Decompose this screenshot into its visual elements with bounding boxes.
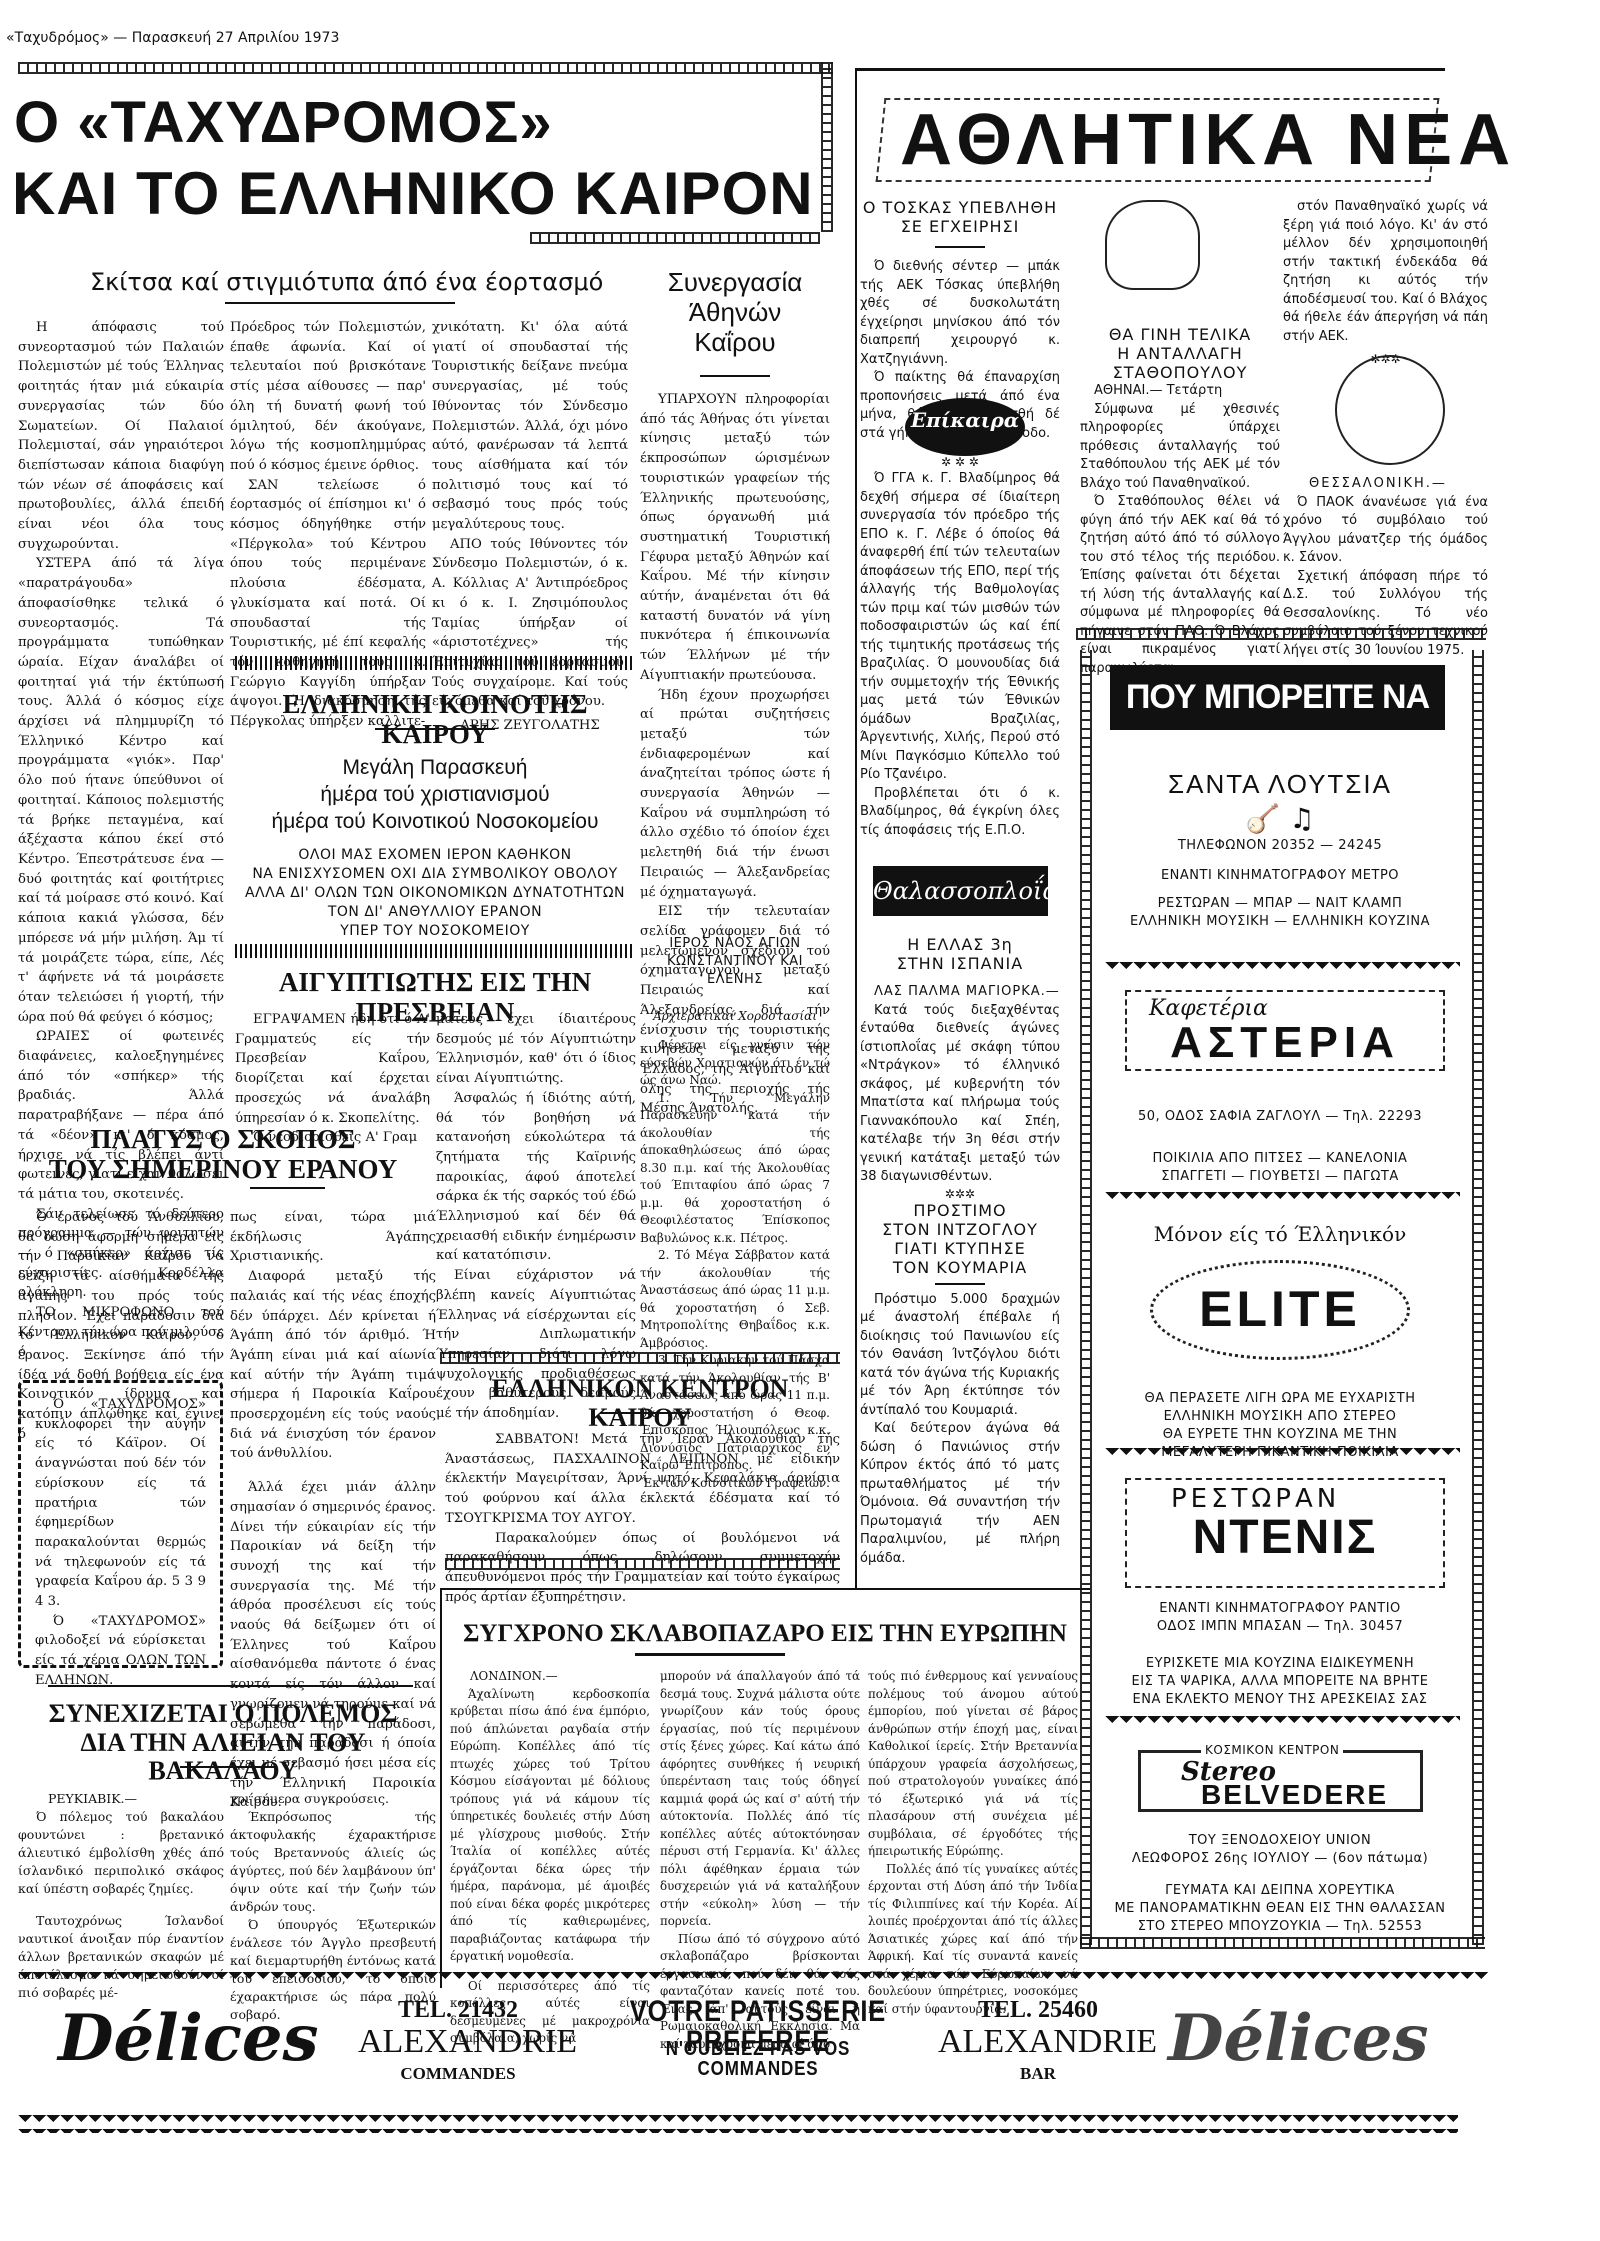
cod-war-col2: χρι σήμερα συγκρούσεις. Έκπρόσωπος τής ά…: [230, 1790, 436, 2024]
dateline: ΡΕΥΚΙΑΒΙΚ.—: [18, 1790, 224, 1808]
hatch-border: [235, 944, 635, 958]
ntenis-ad[interactable]: ΡΕΣΤΩΡΑΝ ΝΤΕΝΙΣ: [1125, 1478, 1445, 1588]
masthead-line2: ΚΑΙ ΤΟ ΕΛΛΗΝΙΚΟ ΚΑΙΡΟΝ: [12, 164, 814, 224]
ad-line: ΛΕΩΦΟΡΟΣ 26ης ΙΟΥΛΙΟΥ — (6ον πάτωμα): [1095, 1850, 1465, 1868]
ad-line: ΣΤΟ ΣΤΕΡΕΟ ΜΠΟΥΖΟΥΚΙΑ — Τηλ. 52553: [1095, 1918, 1465, 1936]
headline-line: ΘΑ ΓΙΝΗ ΤΕΛΙΚΑ: [1080, 325, 1280, 344]
slave-market-col1: ΛΟΝΔΙΝΟΝ.— Άχαλίνωτη κερδοσκοπία κρύβετα…: [450, 1668, 650, 2048]
column-rule: [440, 1588, 442, 1988]
sketches-headline: Σκίτσα καί στιγμιότυπα άπό ένα έορτασμό: [90, 268, 603, 296]
restaurant-headline: ΕΛΛΗΝΙΚΟΝ ΚΕΝΤΡΟΝ ΚΑΙΡΟΥ: [440, 1375, 840, 1432]
meander-border: [440, 1352, 840, 1364]
paragraph: Κατά τούς διεξαχθέντας ένταύθα διεθνείς …: [860, 1002, 1060, 1187]
headline-line: ΣΤΑΘΟΠΟΥΛΟΥ: [1080, 363, 1280, 382]
dateline: ΛΟΝΔΙΝΟΝ.—: [450, 1668, 650, 1686]
church-heading: ΙΕΡΟΣ ΝΑΟΣ ΑΓΙΩΝ: [640, 935, 830, 953]
caps-line: ΟΛΟΙ ΜΑΣ ΕΧΟΜΕΝ ΙΕΡΟΝ ΚΑΘΗΚΟΝ: [235, 846, 635, 865]
cooperation-headline: Συνεργασία Άθηνών Καΐρου: [640, 268, 830, 358]
sketches-col3: χνικότατη. Κι' όλα αύτά γιατί οί σπουδασ…: [432, 318, 628, 736]
headline-underline: [935, 1283, 985, 1285]
boxed-notice: Ό «ΤΑΧΥΔΡΟΜΟΣ» κυκλοφορεί τήν αύγήν είς …: [18, 1380, 223, 1668]
ad-line: ΕΥΡΙΣΚΕΤΕ ΜΙΑ ΚΟΥΖΙΝΑ ΕΙΔΙΚΕΥΜΕΝΗ: [1095, 1655, 1465, 1673]
paragraph: ΑΠΟ τούς Ιθύνοντες τόν Σύνδεσμο Πολεμιστ…: [432, 535, 628, 712]
paragraph: Πρόεδρος τών Πολεμιστών, έπαθε άφωνία. Κ…: [230, 318, 426, 476]
paragraph: Διαφορά μεταξύ τής παλαιάς καί τής νέας …: [230, 1267, 436, 1464]
epikaira-logo: Επίκαιρα: [905, 398, 1025, 456]
caps-line: ΑΛΛΑ ΔΙ' ΟΛΩΝ ΤΩΝ ΟΙΚΟΝΟΜΙΚΩΝ ΔΥΝΑΤΟΤΗΤΩ…: [235, 884, 635, 903]
headline-line: ΤΟΥ ΣΗΜΕΡΙΝΟΥ ΕΡΑΝΟΥ: [18, 1155, 428, 1185]
brand-logo-right: Délices: [1168, 2001, 1429, 2076]
caps-line: ΤΟΝ ΔΙ' ΑΝΘΥΛΛΙΟΥ ΕΡΑΝΟΝ: [235, 903, 635, 922]
church-subheading: Άρχιερατικαί Χοροστασίαι: [640, 1009, 830, 1023]
headline-underline: [935, 246, 985, 248]
headline-line: ΠΛΑΤΥΣ Ο ΣΚΟΠΟΣ: [18, 1125, 428, 1155]
paragraph: ΣΑΒΒΑΤΟΝ! Μετά τήν Ίεράν Άκολουθίαν τής …: [445, 1430, 840, 1529]
ad-phone: ΤΗΛΕΦΩΝΟΝ 20352 — 24245: [1095, 837, 1465, 855]
paragraph: τούς πιό ένθερμους καί γενναίους πολέμου…: [868, 1668, 1078, 1861]
paragraph: χνικότατη. Κι' όλα αύτά γιατί οί σπουδασ…: [432, 318, 628, 535]
caps-line: ΝΑ ΕΝΙΣΧΥΣΟΜΕΝ ΟΧΙ ΔΙΑ ΣΥΜΒΟΛΙΚΟΥ ΟΒΟΛΟΥ: [235, 865, 635, 884]
headline-underline: [180, 1766, 275, 1768]
stathopoulos-article: ΘΑ ΓΙΝΗ ΤΕΛΙΚΑ Η ΑΝΤΑΛΛΑΓΗ ΣΤΑΘΟΠΟΥΛΟΥ Α…: [1080, 325, 1280, 678]
right-tel: TEL. 25460: [938, 1997, 1138, 2023]
ad-line: ΕΝΑΝΤΙ ΚΙΝΗΜΑΤΟΓΡΑΦΟΥ ΡΑΝΤΙΟ: [1095, 1600, 1465, 1618]
ad-line: ΕΙΣ ΤΑ ΨΑΡΙΚΑ, ΑΛΛΑ ΜΠΟΡΕΙΤΕ ΝΑ ΒΡΗΤΕ: [1095, 1673, 1465, 1691]
headline-underline: [700, 375, 770, 377]
meander-border-top: [18, 62, 833, 74]
meander-border-right: [821, 62, 833, 232]
brand-logo-left: Délices: [58, 2001, 319, 2076]
headline-line: Η ΕΛΛΑΣ 3η: [860, 935, 1060, 954]
community-line1: Μεγάλη Παρασκευή: [235, 756, 635, 780]
paragraph: Ταυτοχρόνως Ίσλανδοί ναυτικοί άνοιξαν πύ…: [18, 1912, 224, 2002]
paragraph: Πρόστιμο 5.000 δραχμών μέ άναστολή έπέβα…: [860, 1291, 1060, 1421]
headline-underline: [225, 302, 455, 304]
ad-line: ΟΔΟΣ ΙΜΠΝ ΜΠΑΣΑΝ — Τηλ. 30457: [1095, 1618, 1465, 1636]
meander-border: [445, 1558, 840, 1570]
sports-banner: ΑΘΛΗΤΙΚΑ ΝΕΑ: [900, 104, 1516, 176]
stathopoulos-continued: στόν Παναθηναϊκό χωρίς νά ξέρη γιά ποιό …: [1283, 198, 1488, 369]
ad-name: ELITE: [1150, 1260, 1410, 1360]
paragraph: Ό Σταθόπουλος θέλει νά φύγη άπό τήν ΑΕΚ …: [1080, 493, 1280, 678]
ad-line: ΘΑ ΕΥΡΕΤΕ ΤΗΝ ΚΟΥΖΙΝΑ ΜΕ ΤΗΝ: [1095, 1426, 1465, 1444]
ntenis-location: ΕΝΑΝΤΙ ΚΙΝΗΜΑΤΟΓΡΑΦΟΥ ΡΑΝΤΙΟ ΟΔΟΣ ΙΜΠΝ Μ…: [1095, 1600, 1465, 1636]
hatch-border: [235, 656, 635, 670]
paragraph: χρι σήμερα συγκρούσεις.: [230, 1790, 436, 1808]
headline-line: ΣΤΗΝ ΙΣΠΑΝΙΑ: [860, 954, 1060, 973]
ad-line: ΤΟΥ ΞΕΝΟΔΟΧΕΙΟΥ UNION: [1095, 1832, 1465, 1850]
paragraph: ΕΓΡΑΨΑΜΕΝ ήδη ότι ό Α' Γραμματεύς είς τή…: [235, 1010, 430, 1128]
headline-line: ΠΡΟΣΤΙΜΟ: [860, 1201, 1060, 1220]
belvedere-lines: ΤΟΥ ΞΕΝΟΔΟΧΕΙΟΥ UNION ΛΕΩΦΟΡΟΣ 26ης ΙΟΥΛ…: [1095, 1832, 1465, 1936]
paragraph: Άσφαλώς ή ίδιότης αύτή, θά τόν βοηθήση ν…: [436, 1089, 636, 1266]
cod-war-col1: ΡΕΥΚΙΑΒΙΚ.— Ό πόλεμος τού βακαλάου φουντ…: [18, 1790, 224, 2002]
left-city: ALEXANDRIE: [358, 2023, 558, 2061]
headline-line: ΣΤΟΝ ΙΝΤΖΟΓΛΟΥ: [860, 1220, 1060, 1239]
ntenis-lines: ΕΥΡΙΣΚΕΤΕ ΜΙΑ ΚΟΥΖΙΝΑ ΕΙΔΙΚΕΥΜΕΝΗ ΕΙΣ ΤΑ…: [1095, 1655, 1465, 1709]
headline-line: ΤΟΝ ΚΟΥΜΑΡΙΑ: [860, 1258, 1060, 1277]
paragraph: Φέρεται είς γνώσιν τών εύσεβών Χριστιανώ…: [640, 1037, 830, 1090]
epo-article: Ό ΓΓΑ κ. Γ. Βλαδίμηρος θά δεχθή σήμερα σ…: [860, 470, 1060, 840]
meander-border-right: [1472, 650, 1484, 1945]
santa-lucia-ad[interactable]: ΣΑΝΤΑ ΛΟΥΤΣΙΑ 🪕 ♫ ΤΗΛΕΦΩΝΟΝ 20352 — 2424…: [1095, 770, 1465, 931]
asteria-ad[interactable]: Καφετέρια ΑΣΤΕΡΙΑ: [1125, 990, 1445, 1071]
ad-name: ΝΤΕΝΙΣ: [1131, 1514, 1439, 1562]
headline-underline: [375, 728, 495, 730]
sketches-col1: Η άπόφασις τού συνεορτασμού τών Παλαιών …: [18, 318, 224, 1362]
menu-line: ΣΠΑΓΓΕΤΙ — ΓΙΟΥΒΕΤΣΙ — ΠΑΓΩΤΑ: [1095, 1168, 1465, 1186]
paragraph: Ό διεθνής σέντερ — μπάκ τής ΑΕΚ Τόσκας ύ…: [860, 258, 1060, 369]
paragraph: Προβλέπεται ότι ό κ. Βλαδίμηρος, θά έγκρ…: [860, 785, 1060, 841]
separator: ✲✲✲: [860, 1187, 1060, 1201]
meander-border-left: [1080, 650, 1092, 1945]
purpose-headline: ΠΛΑΤΥΣ Ο ΣΚΟΠΟΣ ΤΟΥ ΣΗΜΕΡΙΝΟΥ ΕΡΑΝΟΥ: [18, 1125, 428, 1184]
paragraph: στόν Παναθηναϊκό χωρίς νά ξέρη γιά ποιό …: [1283, 198, 1488, 346]
where-to-go-banner: ΠΟΥ ΜΠΟΡΕΙΤΕ ΝΑ ΠΑΤΕ: [1110, 665, 1445, 730]
headline-line: Ο ΤΟΣΚΑΣ ΥΠΕΒΛΗΘΗ: [860, 198, 1060, 217]
paragraph: 2. Τό Μέγα Σάββατον κατά τήν άκολουθίαν …: [640, 1247, 830, 1352]
paragraph: πως είναι, τώρα μιά έκδήλωσις Άγάπης Χρι…: [230, 1208, 436, 1267]
meander-border: [530, 232, 820, 244]
paragraph: Σύμφωνα μέ χθεσινές πληροφορίες ύπάρχει …: [1080, 401, 1280, 494]
headline-underline: [250, 1187, 325, 1189]
zigzag-divider: [1105, 1192, 1460, 1206]
ad-name: ΣΑΝΤΑ ΛΟΥΤΣΙΑ: [1095, 770, 1465, 800]
paragraph: Ό ΓΓΑ κ. Γ. Βλαδίμηρος θά δεχθή σήμερα σ…: [860, 470, 1060, 785]
mandolin-icon: 🪕 ♫: [1095, 802, 1465, 835]
dateline: ΑΘΗΝΑΙ.— Τετάρτη: [1080, 382, 1280, 401]
ad-line: ΕΝΑ ΕΚΛΕΚΤΟ ΜΕΝΟΥ ΤΗΣ ΑΡΕΣΚΕΙΑΣ ΣΑΣ: [1095, 1691, 1465, 1709]
community-headline: ΕΛΛΗΝΙΚΗ ΚΟΙΝΟΤΗΣ ΚΑΙΡΟΥ: [235, 690, 635, 749]
ad-line: ΘΑ ΠΕΡΑΣΕΤΕ ΛΙΓΗ ΩΡΑ ΜΕ ΕΥΧΑΡΙΣΤΗ: [1095, 1390, 1465, 1408]
meander-border: [1076, 628, 1486, 640]
slave-market-col3: τούς πιό ένθερμους καί γενναίους πολέμου…: [868, 1668, 1078, 2018]
headline-line: Η ΑΝΤΑΛΛΑΓΗ: [1080, 344, 1280, 363]
zigzag-divider: [1105, 1448, 1460, 1462]
zigzag-divider-bottom: [18, 2115, 1458, 2133]
paragraph: μπορούν νά άπαλλαγούν άπό τά δεσμά τους.…: [660, 1668, 860, 1931]
ad-line: ΓΕΥΜΑΤΑ ΚΑΙ ΔΕΙΠΝΑ ΧΟΡΕΥΤΙΚΑ: [1095, 1882, 1465, 1900]
zigzag-divider: [18, 1972, 1488, 1986]
paragraph: Σχετική άπόφαση πήρε τό Δ.Σ. τού Συλλόγο…: [1283, 568, 1488, 661]
running-head: «Ταχυδρόμος» — Παρασκευή 27 Απριλίου 197…: [6, 30, 339, 46]
paragraph: ΥΣΤΕΡΑ άπό τά λίγα «παρατράγουδα» άποφασ…: [18, 554, 224, 1027]
ad-line: ΜΕ ΠΑΝΟΡΑΜΑΤΙΚΗΝ ΘΕΑΝ ΕΙΣ ΤΗΝ ΘΑΛΑΣΣΑΝ: [1095, 1900, 1465, 1918]
left-sub: COMMANDES: [358, 2065, 558, 2084]
paragraph: Έκπρόσωπος τής άκτοφυλακής έχαρακτήρισε …: [230, 1808, 436, 1916]
ad-line: ΕΛΛΗΝΙΚΗ ΜΟΥΣΙΚΗ ΑΠΟ ΣΤΕΡΕΟ: [1095, 1408, 1465, 1426]
dateline: ΘΕΣΣΑΛΟΝΙΚΗ.—: [1283, 475, 1488, 494]
dateline: ΛΑΣ ΠΑΛΜΑ ΜΑΓΙΟΡΚΑ.—: [860, 983, 1060, 1002]
delices-ad[interactable]: Délices TEL. 21432 ALEXANDRIE COMMANDES …: [18, 1995, 1488, 2105]
sailing-article: Η ΕΛΛΑΣ 3η ΣΤΗΝ ΙΣΠΑΝΙΑ ΛΑΣ ΠΑΛΜΑ ΜΑΓΙΟΡ…: [860, 935, 1060, 1568]
paragraph: ΥΠΑΡΧΟΥΝ πληροφορίαι άπό τάς Άθήνας ότι …: [640, 390, 830, 686]
headline-line: Συνεργασία: [640, 268, 830, 298]
community-line2: ήμέρα τού χριστιανισμού: [235, 783, 635, 807]
football-ball-icon: [1335, 355, 1445, 465]
church-heading: ΚΩΝΣΤΑΝΤΙΝΟΥ ΚΑΙ ΕΛΕΝΗΣ: [640, 953, 830, 989]
cod-war-headline: ΣΥΝΕΧΙΖΕΤΑΙ Ο ΠΟΛΕΜΟΣ ΔΙΑ ΤΗΝ ΑΛΙΕΙΑΝ ΤΟ…: [18, 1700, 428, 1786]
section-rule: [440, 1588, 1090, 1590]
paragraph: Η άπόφασις τού συνεορτασμού τών Παλαιών …: [18, 318, 224, 554]
community-line3: ήμέρα τού Κοινοτικού Νοσοκομείου: [235, 810, 635, 834]
meander-border-bottom: [1080, 1937, 1485, 1949]
separator: ✲ ✲ ✲: [860, 455, 1060, 469]
slave-market-headline: ΣΥΓΧΡΟΝΟ ΣΚΛΑΒΟΠΑΖΑΡΟ ΕΙΣ ΤΗΝ ΕΥΡΩΠΗΝ: [445, 1620, 1085, 1648]
headline-line: Άθηνών: [640, 298, 830, 328]
right-sub: BAR: [938, 2065, 1138, 2084]
ad-services: ΡΕΣΤΩΡΑΝ — ΜΠΑΡ — ΝΑΙΤ ΚΛΑΜΠ: [1095, 895, 1465, 913]
paragraph: Άχαλίνωτη κερδοσκοπία κρύβεται πίσω άπό …: [450, 1686, 650, 1966]
paragraph: Καί δεύτερον άγώνα θά δώση ό Πανιώνιος σ…: [860, 1420, 1060, 1568]
masthead-line1: Ο «ΤΑΧΥΔΡΟΜΟΣ»: [14, 94, 553, 152]
headline-underline: [600, 1412, 690, 1414]
menu-line: ΠΟΙΚΙΛΙΑ ΑΠΟ ΠΙΤΣΕΣ — ΚΑΝΕΛΟΝΙΑ: [1095, 1150, 1465, 1168]
ad-pre: ΡΕΣΤΩΡΑΝ: [1131, 1484, 1439, 1514]
caps-line: ΥΠΕΡ ΤΟΥ ΝΟΣΟΚΟΜΕΙΟΥ: [235, 922, 635, 941]
belvedere-ad[interactable]: ΚΟΣΜΙΚΟΝ ΚΕΝΤΡΟΝ Stereo BELVEDERE: [1138, 1750, 1423, 1812]
ad-location: ΕΝΑΝΤΙ ΚΙΝΗΜΑΤΟΓΡΑΦΟΥ ΜΕΤΡΟ: [1095, 867, 1465, 885]
zigzag-divider: [1105, 962, 1460, 976]
elite-ad[interactable]: Μόνον είς τό Έλληνικόν ELITE ΘΑ ΠΕΡΑΣΕΤΕ…: [1095, 1222, 1465, 1462]
ad-services: ΕΛΛΗΝΙΚΗ ΜΟΥΣΙΚΗ — ΕΛΛΗΝΙΚΗ ΚΟΥΖΙΝΑ: [1095, 913, 1465, 931]
section-rule: [855, 68, 1445, 71]
ad-name: ΑΣΤΕΡΙΑ: [1131, 1021, 1439, 1065]
notice-text: Ό «ΤΑΧΥΔΡΟΜΟΣ» φιλοδοξεί νά εύρίσκεται ε…: [35, 1612, 206, 1691]
headline-line: ΔΙΑ ΤΗΝ ΑΛΙΕΙΑΝ ΤΟΥ ΒΑΚΑΛΑΟΥ: [18, 1729, 428, 1786]
zigzag-divider: [1105, 1716, 1460, 1730]
left-tel: TEL. 21432: [358, 1997, 558, 2023]
thalassoploia-logo: Θαλασσοπλοΐα: [873, 866, 1048, 916]
right-city: ALEXANDRIE: [938, 2023, 1138, 2061]
paragraph: 1. Τήν Μεγάλην Παρασκευήν κατά τήν άκολο…: [640, 1090, 830, 1248]
ad-name: BELVEDERE: [1201, 1781, 1388, 1809]
paragraph: Ήδη έχουν προχωρήσει αί πρώται συζητήσει…: [640, 686, 830, 903]
headline-line: ΣΥΝΕΧΙΖΕΤΑΙ Ο ΠΟΛΕΜΟΣ: [18, 1700, 428, 1729]
notice-text: Ό «ΤΑΧΥΔΡΟΜΟΣ» κυκλοφορεί τήν αύγήν είς …: [35, 1395, 206, 1612]
headline-line: ΓΙΑΤΙ ΚΤΥΠΗΣΕ: [860, 1239, 1060, 1258]
paragraph: Ό ΠΑΟΚ άνανέωσε γιά ένα χρόνο τό συμβόλα…: [1283, 494, 1488, 568]
paragraph: Ό πόλεμος τού βακαλάου φουντώνει : βρετα…: [18, 1808, 224, 1898]
headline-underline: [635, 1653, 785, 1656]
asteria-menu: ΠΟΙΚΙΛΙΑ ΑΠΟ ΠΙΤΣΕΣ — ΚΑΝΕΛΟΝΙΑ ΣΠΑΓΓΕΤΙ…: [1095, 1150, 1465, 1186]
asteria-address: 50, ΟΔΟΣ ΣΑΦΙΑ ΖΑΓΛΟΥΛ — Τηλ. 22293: [1095, 1108, 1465, 1126]
section-rule: [48, 1685, 413, 1687]
paragraph: ματεύς έχει ίδιαιτέρους δεσμούς μέ τόν Α…: [436, 1010, 636, 1089]
ad-pre: Μόνον είς τό Έλληνικόν: [1095, 1222, 1465, 1246]
column-rule: [855, 68, 857, 1588]
headline-line: Καΐρου: [640, 328, 830, 358]
tagline-sub: N'OUBLIEZ PAS VOS COMMANDES: [614, 2039, 903, 2079]
football-illustration-icon: [1105, 200, 1200, 290]
headline-line: ΣΕ ΕΓΧΕΙΡΗΣΙ: [860, 217, 1060, 236]
restaurant-body: ΣΑΒΒΑΤΟΝ! Μετά τήν Ίεράν Άκολουθίαν τής …: [445, 1430, 840, 1607]
community-caps: ΟΛΟΙ ΜΑΣ ΕΧΟΜΕΝ ΙΕΡΟΝ ΚΑΘΗΚΟΝ ΝΑ ΕΝΙΣΧΥΣ…: [235, 846, 635, 941]
